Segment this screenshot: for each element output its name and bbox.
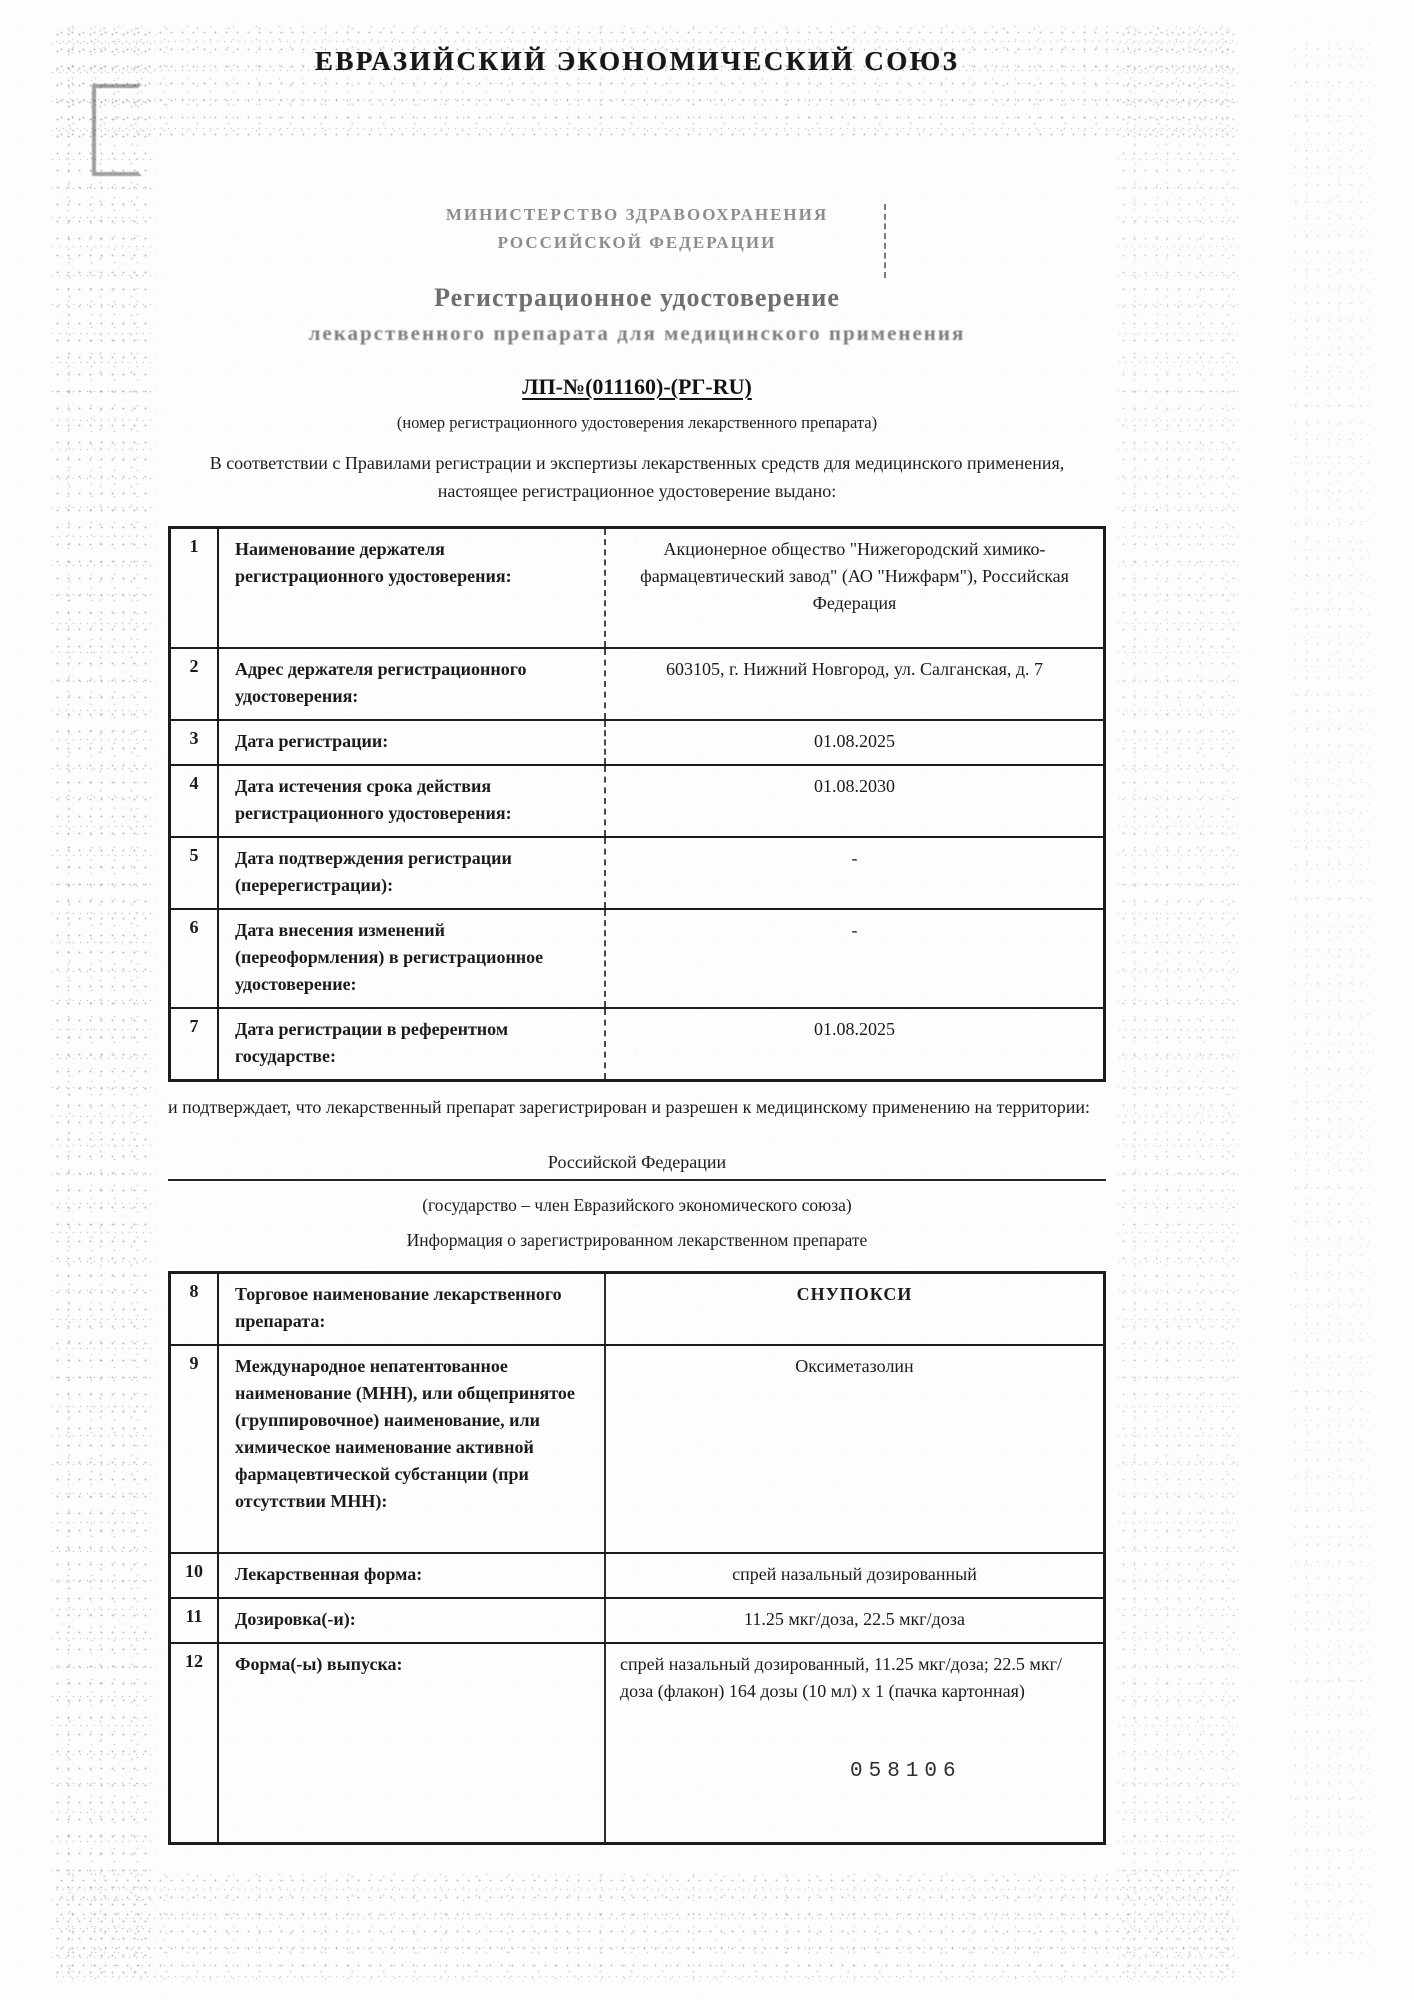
row-number: 7	[171, 1009, 219, 1079]
row-label: Дата регистрации:	[219, 721, 604, 764]
row-number: 4	[171, 766, 219, 836]
row-value: 01.08.2025	[604, 1009, 1103, 1079]
table-row: 12 Форма(-ы) выпуска: спрей назальный до…	[171, 1642, 1103, 1842]
row-label: Международное непатентованное наименован…	[219, 1346, 604, 1552]
row-label: Лекарственная форма:	[219, 1554, 604, 1597]
scan-frame-corner	[92, 84, 142, 176]
row-value: -	[604, 910, 1103, 1007]
document-content: ЕВРАЗИЙСКИЙ ЭКОНОМИЧЕСКИЙ СОЮЗ МИНИСТЕРС…	[168, 0, 1106, 1845]
row-value: -	[604, 838, 1103, 908]
row-number: 2	[171, 649, 219, 719]
row-value: 01.08.2030	[604, 766, 1103, 836]
release-form-text: спрей назальный дозированный, 11.25 мкг/…	[620, 1654, 1062, 1701]
confirmation-paragraph: и подтверждает, что лекарственный препар…	[168, 1094, 1106, 1122]
territory-name: Российской Федерации	[168, 1152, 1106, 1181]
table-row: 7 Дата регистрации в референтном государ…	[171, 1007, 1103, 1079]
intro-paragraph: В соответствии с Правилами регистрации и…	[168, 450, 1106, 506]
table-row: 5 Дата подтверждения регистрации (перере…	[171, 836, 1103, 908]
row-label: Наименование держателя регистрационного …	[219, 529, 604, 647]
registration-number-caption: (номер регистрационного удостоверения ле…	[168, 413, 1106, 433]
scan-noise-right	[1118, 26, 1238, 1976]
scan-noise-left	[52, 26, 156, 1976]
product-table: 8 Торговое наименование лекарственного п…	[168, 1271, 1106, 1845]
row-value: СНУПОКСИ	[604, 1274, 1103, 1344]
ministry-line-2: РОССИЙСКОЙ ФЕДЕРАЦИИ	[168, 229, 1106, 257]
union-header: ЕВРАЗИЙСКИЙ ЭКОНОМИЧЕСКИЙ СОЮЗ	[168, 46, 1106, 77]
scan-noise-bottom	[56, 1872, 1236, 1982]
row-value: спрей назальный дозированный, 11.25 мкг/…	[604, 1644, 1103, 1842]
holder-table: 1 Наименование держателя регистрационног…	[168, 526, 1106, 1082]
row-value: Акционерное общество "Нижегородский хими…	[604, 529, 1103, 647]
row-number: 8	[171, 1274, 219, 1344]
row-number: 10	[171, 1554, 219, 1597]
scanned-document-page: ЕВРАЗИЙСКИЙ ЭКОНОМИЧЕСКИЙ СОЮЗ МИНИСТЕРС…	[0, 0, 1414, 2000]
document-title: Регистрационное удостоверение	[168, 283, 1106, 313]
row-number: 3	[171, 721, 219, 764]
row-number: 1	[171, 529, 219, 647]
row-label: Дата внесения изменений (переоформления)…	[219, 910, 604, 1007]
row-value: Оксиметазолин	[604, 1346, 1103, 1552]
ministry-line-1: МИНИСТЕРСТВО ЗДРАВООХРАНЕНИЯ	[168, 201, 1106, 229]
ministry-name: МИНИСТЕРСТВО ЗДРАВООХРАНЕНИЯ РОССИЙСКОЙ …	[168, 201, 1106, 257]
row-label: Адрес держателя регистрационного удостов…	[219, 649, 604, 719]
row-number: 6	[171, 910, 219, 1007]
table-row: 11 Дозировка(-и): 11.25 мкг/доза, 22.5 м…	[171, 1597, 1103, 1642]
table-row: 9 Международное непатентованное наименов…	[171, 1344, 1103, 1552]
document-subtitle: лекарственного препарата для медицинског…	[168, 321, 1106, 346]
row-value: 603105, г. Нижний Новгород, ул. Салганск…	[604, 649, 1103, 719]
row-number: 12	[171, 1644, 219, 1842]
table-row: 1 Наименование держателя регистрационног…	[171, 529, 1103, 647]
row-value: спрей назальный дозированный	[604, 1554, 1103, 1597]
row-label: Дозировка(-и):	[219, 1599, 604, 1642]
row-label: Форма(-ы) выпуска:	[219, 1644, 604, 1842]
row-label: Дата истечения срока действия регистраци…	[219, 766, 604, 836]
table-row: 10 Лекарственная форма: спрей назальный …	[171, 1552, 1103, 1597]
row-label: Дата регистрации в референтном государст…	[219, 1009, 604, 1079]
row-number: 5	[171, 838, 219, 908]
stamp-number: 058106	[850, 1756, 962, 1788]
table-row: 8 Торговое наименование лекарственного п…	[171, 1274, 1103, 1344]
row-value: 01.08.2025	[604, 721, 1103, 764]
territory-caption: (государство – член Евразийского экономи…	[168, 1195, 1106, 1216]
registration-number: ЛП-№(011160)-(РГ-RU)	[168, 374, 1106, 400]
row-label: Дата подтверждения регистрации (перереги…	[219, 838, 604, 908]
row-label: Торговое наименование лекарственного пре…	[219, 1274, 604, 1344]
row-value: 11.25 мкг/доза, 22.5 мкг/доза	[604, 1599, 1103, 1642]
table-row: 2 Адрес держателя регистрационного удост…	[171, 647, 1103, 719]
row-number: 11	[171, 1599, 219, 1642]
row-number: 9	[171, 1346, 219, 1552]
info-section-title: Информация о зарегистрированном лекарств…	[168, 1230, 1106, 1251]
table-row: 6 Дата внесения изменений (переоформлени…	[171, 908, 1103, 1007]
scan-noise-margin	[1290, 40, 1370, 1960]
table-row: 3 Дата регистрации: 01.08.2025	[171, 719, 1103, 764]
table-row: 4 Дата истечения срока действия регистра…	[171, 764, 1103, 836]
